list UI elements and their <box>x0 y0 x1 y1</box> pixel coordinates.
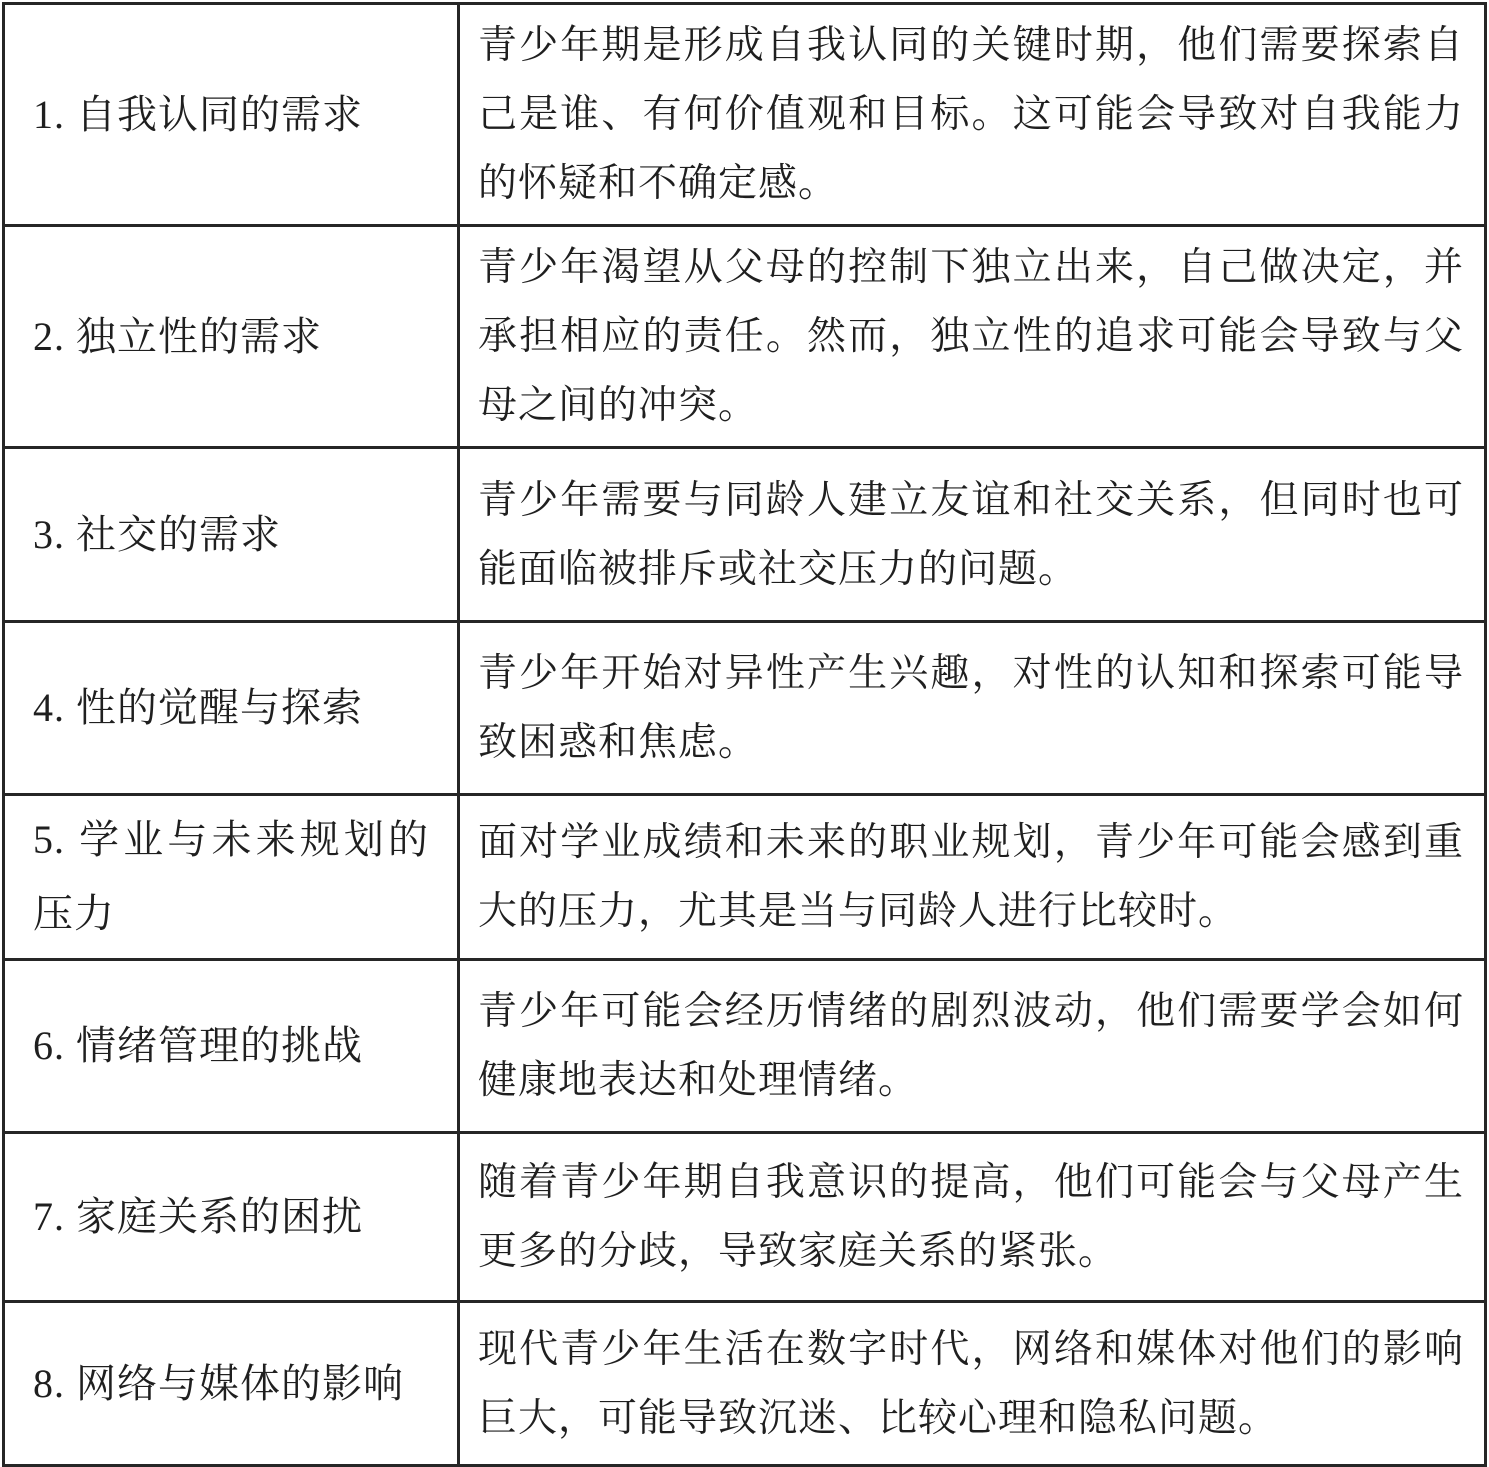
table-row: 8. 网络与媒体的影响 现代青少年生活在数字时代，网络和媒体对他们的影响巨大，可… <box>4 1302 1486 1466</box>
need-description-cell: 青少年渴望从父母的控制下独立出来，自己做决定，并承担相应的责任。然而，独立性的追… <box>459 226 1486 448</box>
need-title-cell: 3. 社交的需求 <box>4 448 459 622</box>
need-title-cell: 1. 自我认同的需求 <box>4 4 459 226</box>
need-title-cell: 7. 家庭关系的困扰 <box>4 1133 459 1302</box>
adolescent-needs-table: 1. 自我认同的需求 青少年期是形成自我认同的关键时期，他们需要探索自己是谁、有… <box>2 2 1487 1467</box>
table-row: 6. 情绪管理的挑战 青少年可能会经历情绪的剧烈波动，他们需要学会如何健康地表达… <box>4 960 1486 1133</box>
need-description-cell: 现代青少年生活在数字时代，网络和媒体对他们的影响巨大，可能导致沉迷、比较心理和隐… <box>459 1302 1486 1466</box>
table-row: 1. 自我认同的需求 青少年期是形成自我认同的关键时期，他们需要探索自己是谁、有… <box>4 4 1486 226</box>
table-row: 2. 独立性的需求 青少年渴望从父母的控制下独立出来，自己做决定，并承担相应的责… <box>4 226 1486 448</box>
need-description-cell: 青少年开始对异性产生兴趣，对性的认知和探索可能导致困惑和焦虑。 <box>459 622 1486 795</box>
need-description-cell: 青少年需要与同龄人建立友谊和社交关系，但同时也可能面临被排斥或社交压力的问题。 <box>459 448 1486 622</box>
table-row: 7. 家庭关系的困扰 随着青少年期自我意识的提高，他们可能会与父母产生更多的分歧… <box>4 1133 1486 1302</box>
need-description-cell: 青少年期是形成自我认同的关键时期，他们需要探索自己是谁、有何价值观和目标。这可能… <box>459 4 1486 226</box>
table-row: 4. 性的觉醒与探索 青少年开始对异性产生兴趣，对性的认知和探索可能导致困惑和焦… <box>4 622 1486 795</box>
table-row: 5. 学业与未来规划的压力 面对学业成绩和未来的职业规划，青少年可能会感到重大的… <box>4 795 1486 960</box>
table-row: 3. 社交的需求 青少年需要与同龄人建立友谊和社交关系，但同时也可能面临被排斥或… <box>4 448 1486 622</box>
need-title-cell: 6. 情绪管理的挑战 <box>4 960 459 1133</box>
document-page: 1. 自我认同的需求 青少年期是形成自我认同的关键时期，他们需要探索自己是谁、有… <box>0 2 1489 1438</box>
need-title-cell: 2. 独立性的需求 <box>4 226 459 448</box>
need-title-cell: 8. 网络与媒体的影响 <box>4 1302 459 1466</box>
need-title-cell: 4. 性的觉醒与探索 <box>4 622 459 795</box>
need-description-cell: 青少年可能会经历情绪的剧烈波动，他们需要学会如何健康地表达和处理情绪。 <box>459 960 1486 1133</box>
need-title-cell: 5. 学业与未来规划的压力 <box>4 795 459 960</box>
need-description-cell: 面对学业成绩和未来的职业规划，青少年可能会感到重大的压力，尤其是当与同龄人进行比… <box>459 795 1486 960</box>
need-description-cell: 随着青少年期自我意识的提高，他们可能会与父母产生更多的分歧，导致家庭关系的紧张。 <box>459 1133 1486 1302</box>
